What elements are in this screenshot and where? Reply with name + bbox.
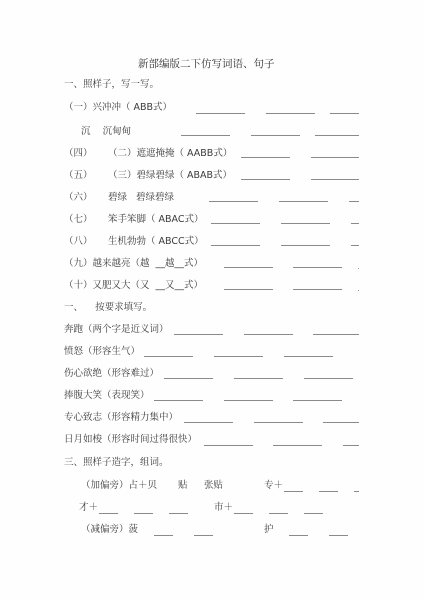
answer-blank[interactable] [311,157,359,158]
answer-blank[interactable] [214,356,263,357]
answer-blank[interactable] [315,135,359,136]
s3-example-char: 贴 [178,480,188,492]
answer-blank[interactable] [284,356,333,357]
item-5-prefix: （六） [64,192,93,204]
answer-blank[interactable] [174,334,223,335]
period-mark [358,268,359,269]
answer-blank[interactable] [184,422,233,423]
s3-task-shi: 市＋ [214,502,233,514]
answer-blank[interactable] [234,513,253,514]
answer-blank[interactable] [311,179,359,180]
item-9-label: （十）又肥又大（又 __又__式） [64,280,203,292]
answer-blank[interactable] [266,113,315,114]
answer-blank[interactable] [284,491,303,492]
page-title: 新部编版二下仿写词语、句子 [138,58,275,70]
s2-item-4-label: 捧腹大笑（表现笑） [64,390,150,402]
item-7-label: 生机勃勃（ ABCC式） [108,236,204,248]
answer-blank[interactable] [241,179,290,180]
item-3-label: （二）遮遮掩掩（ AABB式） [108,148,232,160]
answer-blank[interactable] [323,422,359,423]
answer-blank[interactable] [154,535,173,536]
s3-example-left: （加偏旁）占＋贝 [81,480,157,492]
answer-blank[interactable] [351,223,359,224]
answer-blank[interactable] [196,113,245,114]
worksheet-page: 新部编版二下仿写词语、句子 一、照样子，写一写。 （一）兴冲冲（ ABB式） 沉… [0,0,423,600]
answer-blank[interactable] [181,135,230,136]
answer-blank[interactable] [204,445,253,446]
answer-blank[interactable] [349,201,359,202]
answer-blank[interactable] [194,535,213,536]
answer-blank[interactable] [281,245,330,246]
answer-blank[interactable] [209,201,258,202]
answer-blank[interactable] [269,513,288,514]
answer-blank[interactable] [154,400,203,401]
answer-blank[interactable] [343,445,359,446]
answer-blank[interactable] [281,223,330,224]
item-2-label: 沉 沉甸甸 [81,126,131,138]
s2-item-2-label: 愤怒（形容生气） [64,346,140,358]
answer-blank[interactable] [224,267,273,268]
answer-blank[interactable] [313,334,359,335]
section3-heading: 三、照样子造字，组词。 [64,457,169,469]
answer-blank[interactable] [164,378,213,379]
answer-blank[interactable] [329,535,348,536]
item-3-prefix: （四） [64,148,93,160]
item-6-label: 笨手笨脚（ ABAC式） [108,214,204,226]
item-4-label: （三）碧绿碧绿（ ABAB式） [108,170,232,182]
answer-blank[interactable] [244,334,293,335]
answer-blank[interactable] [144,356,193,357]
answer-blank[interactable] [289,535,308,536]
answer-blank[interactable] [211,223,260,224]
answer-blank[interactable] [134,513,153,514]
item-4-prefix: （五） [64,170,93,182]
s2-item-3-label: 伤心欲绝（形容难过） [64,368,159,380]
section1-heading: 一、照样子，写一写。 [64,79,159,91]
s2-item-6-label: 日月如梭（形容时间过得很快） [64,434,197,446]
item-7-prefix: （八） [64,236,93,248]
item-5-label: 碧绿 碧绿碧绿 [108,192,174,204]
period-mark [358,290,359,291]
answer-blank[interactable] [279,201,328,202]
answer-blank[interactable] [224,400,273,401]
item-8-label: （九）越来越亮（越 __越__式） [64,258,203,270]
answer-blank[interactable] [319,491,338,492]
answer-blank[interactable] [351,245,359,246]
answer-blank[interactable] [241,157,290,158]
item-1-label: （一）兴冲冲（ ABB式） [64,102,172,114]
answer-blank[interactable] [234,378,283,379]
answer-blank[interactable] [293,400,342,401]
s2-item-1-label: 奔跑（两个字是近义词） [64,324,169,336]
answer-blank[interactable] [224,289,273,290]
section2-heading: 一、 按要求填写。 [64,302,152,314]
s3-task-hu: 护 [264,524,274,536]
answer-blank[interactable] [273,445,322,446]
answer-blank[interactable] [354,491,359,492]
item-6-prefix: （七） [64,214,93,226]
s3-example-word: 张贴 [204,480,223,492]
answer-blank[interactable] [293,267,342,268]
s2-item-5-label: 专心致志（形容精力集中） [64,412,178,424]
answer-blank[interactable] [251,135,300,136]
s3-task-zhuan: 专＋ [264,480,283,492]
answer-blank[interactable] [254,422,303,423]
answer-blank[interactable] [304,378,353,379]
answer-blank[interactable] [99,513,118,514]
answer-blank[interactable] [304,513,323,514]
answer-blank[interactable] [330,113,359,114]
answer-blank[interactable] [293,289,342,290]
s3-task-cai: 才＋ [79,502,98,514]
s3-task-bo: （减偏旁）菠 [81,524,138,536]
answer-blank[interactable] [211,245,260,246]
answer-blank[interactable] [169,513,188,514]
